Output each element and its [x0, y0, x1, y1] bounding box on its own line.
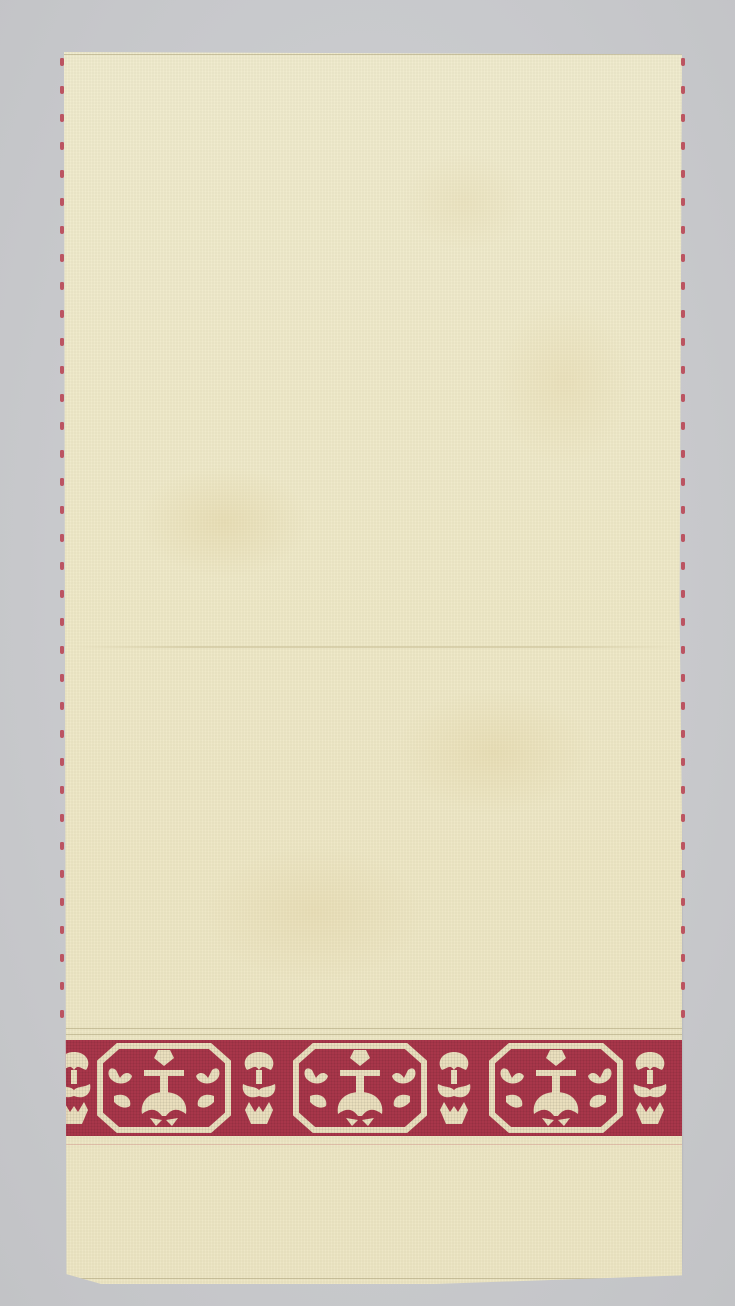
band-lower-edge [64, 1144, 682, 1145]
embroidered-towel [64, 52, 682, 1284]
bottom-hem [64, 1278, 682, 1279]
band-upper-stitch-line [64, 1028, 682, 1029]
floral-pattern-graphic [64, 1040, 682, 1136]
linen-ground [64, 52, 682, 1284]
left-selvedge-stitching [60, 52, 66, 1052]
fold-crease [72, 646, 678, 648]
right-selvedge-stitching [681, 54, 687, 1054]
top-hem [64, 54, 682, 55]
embroidered-border-band [64, 1040, 682, 1136]
band-upper-stitch-line-2 [64, 1034, 682, 1035]
